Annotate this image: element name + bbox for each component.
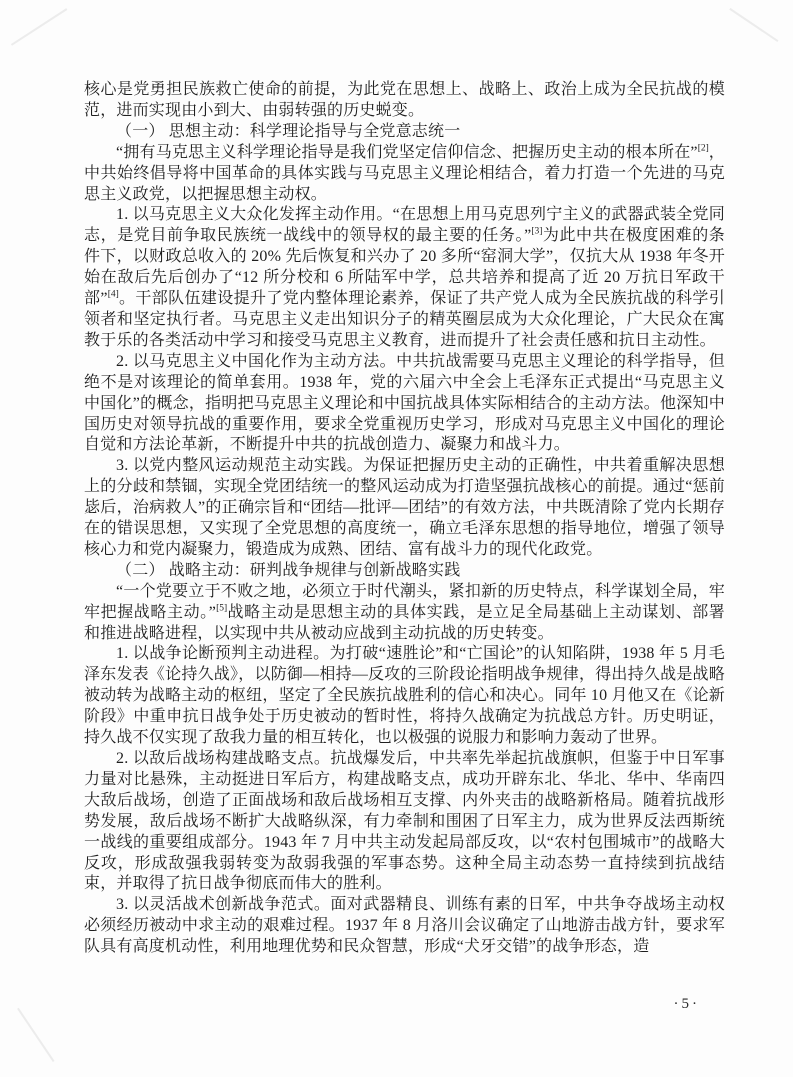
footnote-reference: [2] [698,143,709,153]
document-page: 核心是党勇担民族救亡使命的前提，为此党在思想上、战略上、政治上成为全民抗战的模范… [0,0,793,1077]
continuation-paragraph: 核心是党勇担民族救亡使命的前提，为此党在思想上、战略上、政治上成为全民抗战的模范… [84,80,725,122]
footnote-reference: [4] [108,290,119,300]
footnote-reference: [5] [216,603,227,613]
section-heading-1: （一） 思想主动：科学理论指导与全党意志统一 [84,122,725,143]
paragraph-strategy-point-3: 3. 以灵活战术创新战争范式。面对武器精良、训练有素的日军，中共争夺战场主动权必… [84,895,725,958]
paragraph-strategy-intro: “一个党要立于不败之地，必须立于时代潮头，紧扣新的历史特点，科学谋划全局，牢牢把… [84,582,725,645]
paragraph-thought-intro: “拥有马克思主义科学理论指导是我们党坚定信仰信念、把握历史主动的根本所在”[2]… [84,143,725,206]
paragraph-strategy-point-1: 1. 以战争论断预判主动进程。为打破“速胜论”和“亡国论”的认知陷阱，1938 … [84,644,725,749]
paragraph-strategy-point-2: 2. 以敌后战场构建战略支点。抗战爆发后，中共率先举起抗战旗帜，但鉴于中日军事力… [84,749,725,895]
scan-artifact-top-left [11,8,67,45]
paragraph-thought-point-3: 3. 以党内整风运动规范主动实践。为保证把握历史主动的正确性，中共着重解决思想上… [84,456,725,561]
document-body: 核心是党勇担民族救亡使命的前提，为此党在思想上、战略上、政治上成为全民抗战的模范… [84,80,725,958]
footnote-reference: [3] [531,227,542,237]
scan-artifact-top-right [730,8,779,42]
paragraph-thought-point-1: 1. 以马克思主义大众化发挥主动作用。“在思想上用马克思列宁主义的武器武装全党同… [84,205,725,351]
page-number: ·5· [674,996,701,1013]
scan-artifact-bottom-left [17,1007,54,1061]
paragraph-thought-point-2: 2. 以马克思主义中国化作为主动方法。中共抗战需要马克思主义理论的科学指导，但绝… [84,352,725,457]
section-heading-2: （二） 战略主动：研判战争规律与创新战略实践 [84,561,725,582]
